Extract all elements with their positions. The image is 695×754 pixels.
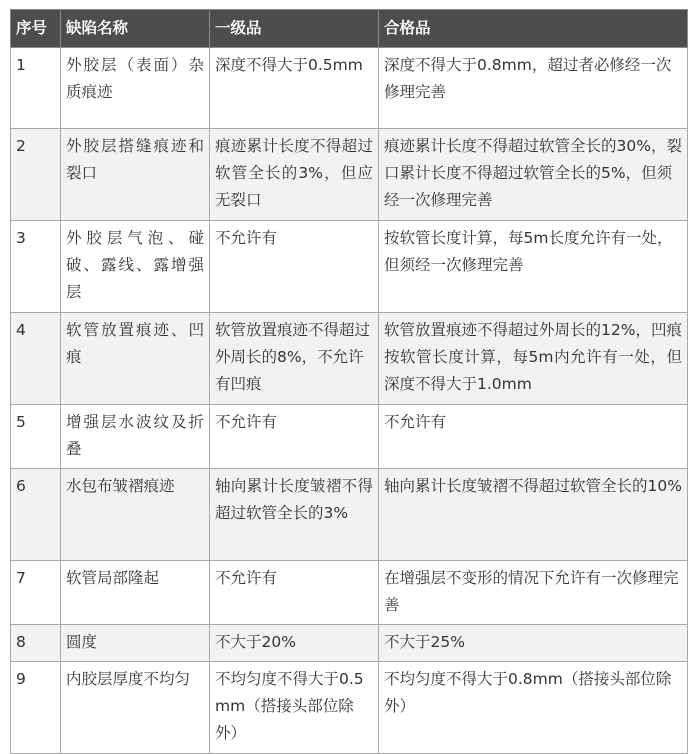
cell-defect-name: 圆度 [61, 625, 210, 662]
cell-qualified: 在增强层不变形的情况下允许有一次修理完善 [379, 561, 688, 625]
cell-first-grade: 不允许有 [210, 405, 379, 469]
cell-first-grade: 深度不得大于0.5mm [210, 48, 379, 129]
table-row: 5 增强层水波纹及折叠 不允许有 不允许有 [11, 405, 688, 469]
cell-defect-name: 增强层水波纹及折叠 [61, 405, 210, 469]
cell-defect-name: 水包布皱褶痕迹 [61, 469, 210, 561]
table-row: 9 内胶层厚度不均匀 不均匀度不得大于0.5mm（搭接头部位除外） 不均匀度不得… [11, 662, 688, 754]
cell-serial-no: 9 [11, 662, 61, 754]
cell-serial-no: 8 [11, 625, 61, 662]
cell-qualified: 痕迹累计长度不得超过软管全长的30%，裂口累计长度不得超过软管全长的5%，但须经… [379, 129, 688, 221]
cell-serial-no: 7 [11, 561, 61, 625]
table-row: 8 圆度 不大于20% 不大于25% [11, 625, 688, 662]
cell-qualified: 按软管长度计算，每5m长度允许有一处，但须经一次修理完善 [379, 221, 688, 313]
cell-qualified: 深度不得大于0.8mm，超过者必修经一次修理完善 [379, 48, 688, 129]
cell-first-grade: 不大于20% [210, 625, 379, 662]
cell-first-grade: 痕迹累计长度不得超过软管全长的3%，但应无裂口 [210, 129, 379, 221]
cell-first-grade: 软管放置痕迹不得超过外周长的8%，不允许有凹痕 [210, 313, 379, 405]
cell-defect-name: 外胶层搭缝痕迹和裂口 [61, 129, 210, 221]
defect-grade-table: 序号 缺陷名称 一级品 合格品 1 外胶层（表面）杂质痕迹 深度不得大于0.5m… [10, 9, 688, 754]
cell-qualified: 软管放置痕迹不得超过外周长的12%，凹痕按软管长度计算，每5m内允许有一处，但深… [379, 313, 688, 405]
cell-first-grade: 轴向累计长度皱褶不得超过软管全长的3% [210, 469, 379, 561]
table-row: 2 外胶层搭缝痕迹和裂口 痕迹累计长度不得超过软管全长的3%，但应无裂口 痕迹累… [11, 129, 688, 221]
cell-defect-name: 软管局部隆起 [61, 561, 210, 625]
cell-defect-name: 软管放置痕迹、凹痕 [61, 313, 210, 405]
table-row: 6 水包布皱褶痕迹 轴向累计长度皱褶不得超过软管全长的3% 轴向累计长度皱褶不得… [11, 469, 688, 561]
table-row: 1 外胶层（表面）杂质痕迹 深度不得大于0.5mm 深度不得大于0.8mm，超过… [11, 48, 688, 129]
table-row: 3 外胶层气泡、碰破、露线、露增强层 不允许有 按软管长度计算，每5m长度允许有… [11, 221, 688, 313]
cell-qualified: 不大于25% [379, 625, 688, 662]
cell-serial-no: 1 [11, 48, 61, 129]
cell-defect-name: 外胶层气泡、碰破、露线、露增强层 [61, 221, 210, 313]
cell-defect-name: 外胶层（表面）杂质痕迹 [61, 48, 210, 129]
defect-table-container: 序号 缺陷名称 一级品 合格品 1 外胶层（表面）杂质痕迹 深度不得大于0.5m… [10, 9, 687, 754]
cell-first-grade: 不允许有 [210, 561, 379, 625]
cell-qualified: 轴向累计长度皱褶不得超过软管全长的10% [379, 469, 688, 561]
table-header-row: 序号 缺陷名称 一级品 合格品 [11, 10, 688, 48]
header-serial-no: 序号 [11, 10, 61, 48]
cell-serial-no: 4 [11, 313, 61, 405]
table-row: 4 软管放置痕迹、凹痕 软管放置痕迹不得超过外周长的8%，不允许有凹痕 软管放置… [11, 313, 688, 405]
cell-serial-no: 6 [11, 469, 61, 561]
header-first-grade: 一级品 [210, 10, 379, 48]
header-qualified: 合格品 [379, 10, 688, 48]
cell-serial-no: 3 [11, 221, 61, 313]
cell-qualified: 不允许有 [379, 405, 688, 469]
cell-qualified: 不均匀度不得大于0.8mm（搭接头部位除外） [379, 662, 688, 754]
cell-first-grade: 不均匀度不得大于0.5mm（搭接头部位除外） [210, 662, 379, 754]
cell-serial-no: 2 [11, 129, 61, 221]
cell-defect-name: 内胶层厚度不均匀 [61, 662, 210, 754]
cell-first-grade: 不允许有 [210, 221, 379, 313]
cell-serial-no: 5 [11, 405, 61, 469]
table-row: 7 软管局部隆起 不允许有 在增强层不变形的情况下允许有一次修理完善 [11, 561, 688, 625]
header-defect-name: 缺陷名称 [61, 10, 210, 48]
